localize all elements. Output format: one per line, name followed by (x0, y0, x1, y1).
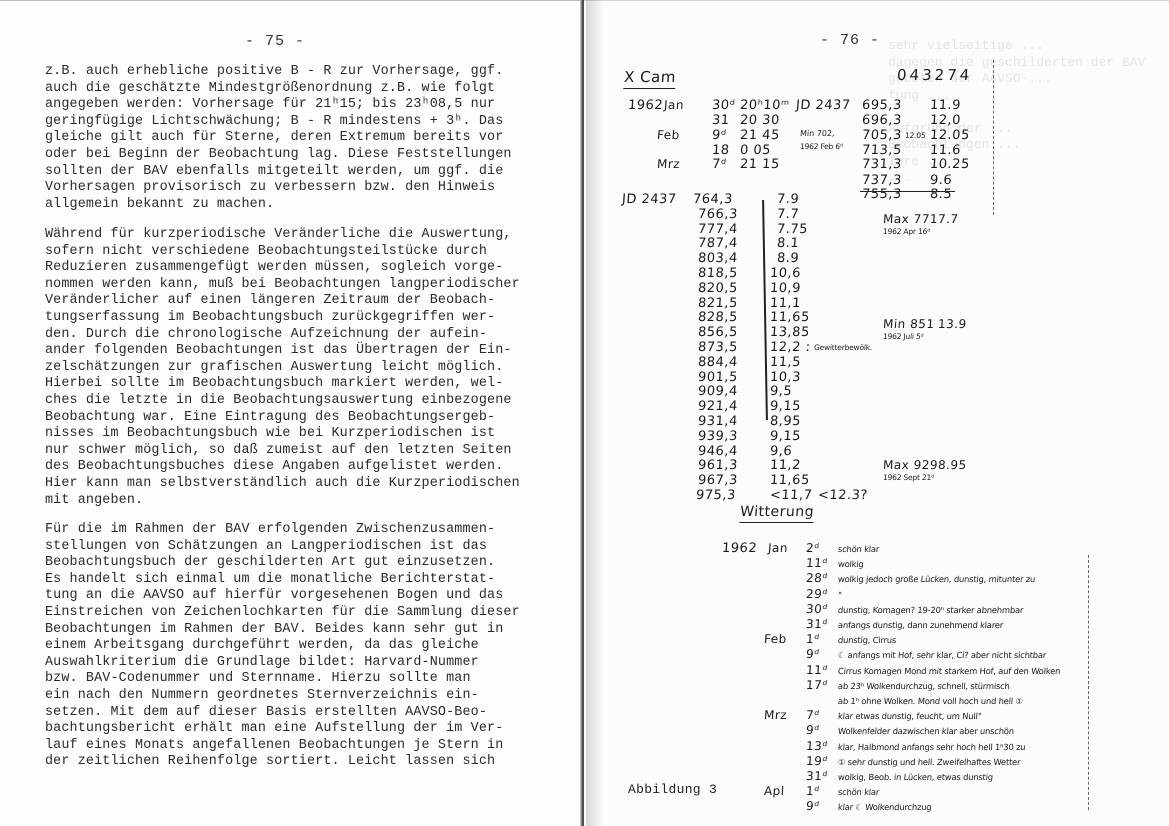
obs-magnitude: 9,15 (769, 399, 801, 414)
weather-day: 2ᵈ (806, 541, 820, 555)
obs-magnitude: 9.6 (929, 173, 952, 188)
obs-jd: 731,3 (861, 157, 902, 172)
obs-time: 21 45 (739, 128, 780, 143)
extremum-date: 1962 Apr 16ᵈ (883, 227, 931, 236)
figure-caption: Abbildung 3 (628, 782, 717, 797)
weather-day: 9ᵈ (806, 723, 820, 737)
star-name: X Cam (623, 68, 676, 89)
obs-extra: <12.3? (817, 488, 868, 503)
obs-month: Mrz (657, 157, 681, 171)
obs-magnitude: 8.1 (776, 236, 799, 251)
weather-day: 1ᵈ (806, 632, 820, 646)
obs-magnitude: 11.9 (929, 98, 961, 113)
obs-jd: 696,3 (861, 113, 902, 128)
weather-note: wolkig jedoch große Lücken, dunstig, mit… (838, 574, 1036, 584)
weather-day: 31ᵈ (806, 769, 829, 783)
obs-magnitude: 13,85 (769, 325, 810, 340)
obs-jd: 828,5 (697, 310, 738, 325)
min-note-date: 1962 Feb 6ᵈ (800, 142, 843, 151)
obs-day: 31 (711, 113, 730, 128)
paragraph: Während für kurzperiodische Veränderlich… (45, 227, 585, 509)
paragraph: Für die im Rahmen der BAV erfolgenden Zw… (45, 522, 585, 771)
obs-magnitude: 11.6 (929, 143, 961, 158)
weather-day: 9ᵈ (806, 799, 820, 813)
weather-month: Apl (764, 784, 786, 798)
obs-magnitude: 11,2 (769, 458, 801, 473)
left-page: - 75 - z.B. auch erhebliche positive B -… (0, 0, 582, 826)
obs-jd: 787,4 (697, 236, 738, 251)
weather-month: Mrz (764, 708, 788, 722)
weather-note: wolkig (838, 559, 864, 569)
obs-jd: 695,3 (861, 98, 902, 113)
obs-jd: 921,4 (697, 399, 738, 414)
extremum-value: 8.95 (938, 458, 968, 472)
obs-magnitude: 12,0 (929, 113, 961, 128)
obs-magnitude: 8.9 (776, 251, 799, 266)
extremum-value: 7.7 (938, 212, 960, 226)
weather-day: 9ᵈ (806, 647, 820, 661)
obs-magnitude: 11,5 (769, 355, 801, 370)
obs-month: Jan (664, 98, 685, 112)
obs-jd: 755,3 (861, 187, 902, 202)
extremum-date: 1962 Juli 5ᵈ (883, 332, 924, 341)
weather-day: 28ᵈ (806, 571, 829, 585)
weather-day: 11ᵈ (806, 663, 829, 677)
weather-heading: Witterung (739, 504, 814, 523)
jd-prefix: JD 2437 (621, 192, 677, 207)
obs-jd: 856,5 (697, 325, 738, 340)
fold-mark (1088, 555, 1089, 810)
obs-time: 20ʰ10ᵐ (739, 98, 790, 113)
obs-jd: 873,5 (697, 340, 738, 355)
obs-jd: 901,5 (697, 370, 738, 385)
obs-jd: 939,3 (697, 429, 738, 444)
obs-magnitude: 7.9 (776, 192, 799, 207)
obs-jd: 777,4 (697, 222, 738, 237)
obs-magnitude: 9,15 (769, 429, 801, 444)
obs-jd: 961,3 (697, 458, 738, 473)
spine-shadow (586, 0, 604, 826)
page-number: - 75 - (245, 33, 305, 50)
extremum-label: Max 929 (883, 458, 939, 472)
obs-magnitude: 11,65 (769, 310, 810, 325)
weather-note: klar, Halbmond anfangs sehr hoch hell 1ʰ… (838, 742, 1026, 752)
obs-magnitude: 10,9 (769, 281, 801, 296)
obs-magnitude: 10.25 (929, 157, 970, 172)
obs-jd: 884,4 (697, 355, 738, 370)
weather-day: 29ᵈ (806, 587, 829, 601)
obs-time: 21 15 (739, 157, 780, 172)
weather-day: 19ᵈ (806, 754, 829, 768)
obs-jd: 821,5 (697, 296, 738, 311)
obs-jd: 909,4 (697, 384, 738, 399)
obs-magnitude: 7.75 (776, 222, 808, 237)
obs-magnitude: 11,65 (769, 473, 810, 488)
obs-jd: 803,4 (697, 251, 738, 266)
star-code: 043274 (896, 66, 973, 84)
obs-jd: 766,3 (697, 207, 738, 222)
weather-day: 17ᵈ (806, 678, 829, 692)
page-number: - 76 - (820, 32, 880, 49)
obs-note: 12.05 (905, 131, 926, 140)
extremum-label: Max 771 (883, 212, 939, 226)
extremum-value: 13.9 (938, 317, 968, 331)
obs-magnitude: 8.5 (929, 187, 952, 202)
weather-note: Wolkenfelder dazwischen klar aber unschö… (838, 726, 1015, 736)
obs-note: Gewitterbewölk. (814, 343, 873, 352)
paragraph: z.B. auch erhebliche positive B - R zur … (45, 64, 585, 213)
obs-day: 7ᵈ (711, 157, 727, 172)
obs-year: 1962 (627, 98, 663, 113)
obs-magnitude: 10,3 (769, 370, 801, 385)
weather-note: schön klar (838, 544, 880, 554)
obs-jd: 946,4 (697, 444, 738, 459)
obs-time: 20 30 (739, 113, 780, 128)
weather-day: 7ᵈ (806, 708, 820, 722)
weather-note: wolkig, Beob. in Lücken, etwas dunstig (838, 772, 994, 782)
obs-magnitude: 7.7 (776, 207, 799, 222)
weather-month: Feb (764, 632, 788, 646)
obs-jd: 820,5 (697, 281, 738, 296)
weather-note: ① sehr dunstig und hell. Zweifelhaftes W… (838, 757, 1021, 767)
weather-day: 1ᵈ (806, 784, 820, 798)
weather-year: 1962 (721, 541, 757, 556)
obs-magnitude: 12,2 : (769, 340, 811, 355)
weather-note: schön klar (838, 787, 880, 797)
weather-note: ab 23ʰ Wolkendurchzug, schnell, stürmisc… (838, 681, 1010, 691)
obs-magnitude: 11,1 (769, 296, 801, 311)
weather-note: anfangs dunstig, dann zunehmend klarer (838, 620, 1004, 630)
obs-jd: 737,3 (861, 173, 902, 188)
weather-note: " (838, 590, 842, 600)
obs-month: Feb (657, 128, 681, 142)
jd-prefix: JD 2437 (795, 98, 851, 113)
weather-month: Jan (768, 541, 789, 555)
fold-mark (993, 60, 994, 215)
weather-day: 30ᵈ (806, 602, 829, 616)
obs-jd: 975,3 (695, 488, 736, 503)
weather-note: Cirrus Komagen Mond mit starkem Hof, auf… (838, 666, 1061, 676)
obs-jd: 931,4 (697, 414, 738, 429)
obs-jd: 713,5 (861, 143, 902, 158)
weather-note: dunstig, Cirrus (838, 635, 897, 645)
obs-magnitude: 9,6 (769, 444, 792, 459)
obs-magnitude: <11,7 (769, 488, 812, 503)
obs-day: 30ᵈ (711, 98, 735, 113)
weather-day: 31ᵈ (806, 617, 829, 631)
obs-magnitude: 9,5 (769, 384, 792, 399)
obs-magnitude: 8,95 (769, 414, 801, 429)
weather-day: 13ᵈ (806, 739, 829, 753)
divider-line (860, 191, 955, 192)
extremum-date: 1962 Sept 21ᵈ (883, 473, 935, 482)
obs-day: 9ᵈ (711, 128, 727, 143)
weather-note: klar etwas dunstig, feucht, um Null° (838, 711, 982, 721)
weather-day: 11ᵈ (806, 556, 829, 570)
extremum-label: Min 851 (883, 317, 935, 331)
obs-jd: 818,5 (697, 266, 738, 281)
obs-magnitude: 12.05 (929, 128, 970, 143)
weather-note: ab 1ʰ ohne Wolken. Mond voll hoch und he… (838, 696, 1023, 706)
obs-jd: 705,3 (861, 128, 902, 143)
obs-time: 0 05 (739, 143, 771, 158)
weather-note: ☾ anfangs mit Hof, sehr klar, Ci? aber n… (838, 650, 1047, 660)
weather-note: dunstig, Komagen? 19-20ʰ starker abnehmb… (838, 605, 1024, 615)
obs-magnitude: 10,6 (769, 266, 801, 281)
obs-jd: 764,3 (692, 192, 733, 207)
obs-day: 18 (711, 143, 730, 158)
min-note-label: Min 702, (800, 129, 835, 138)
weather-note: klar ☾ Wolkendurchzug (838, 802, 932, 812)
obs-jd: 967,3 (697, 473, 738, 488)
